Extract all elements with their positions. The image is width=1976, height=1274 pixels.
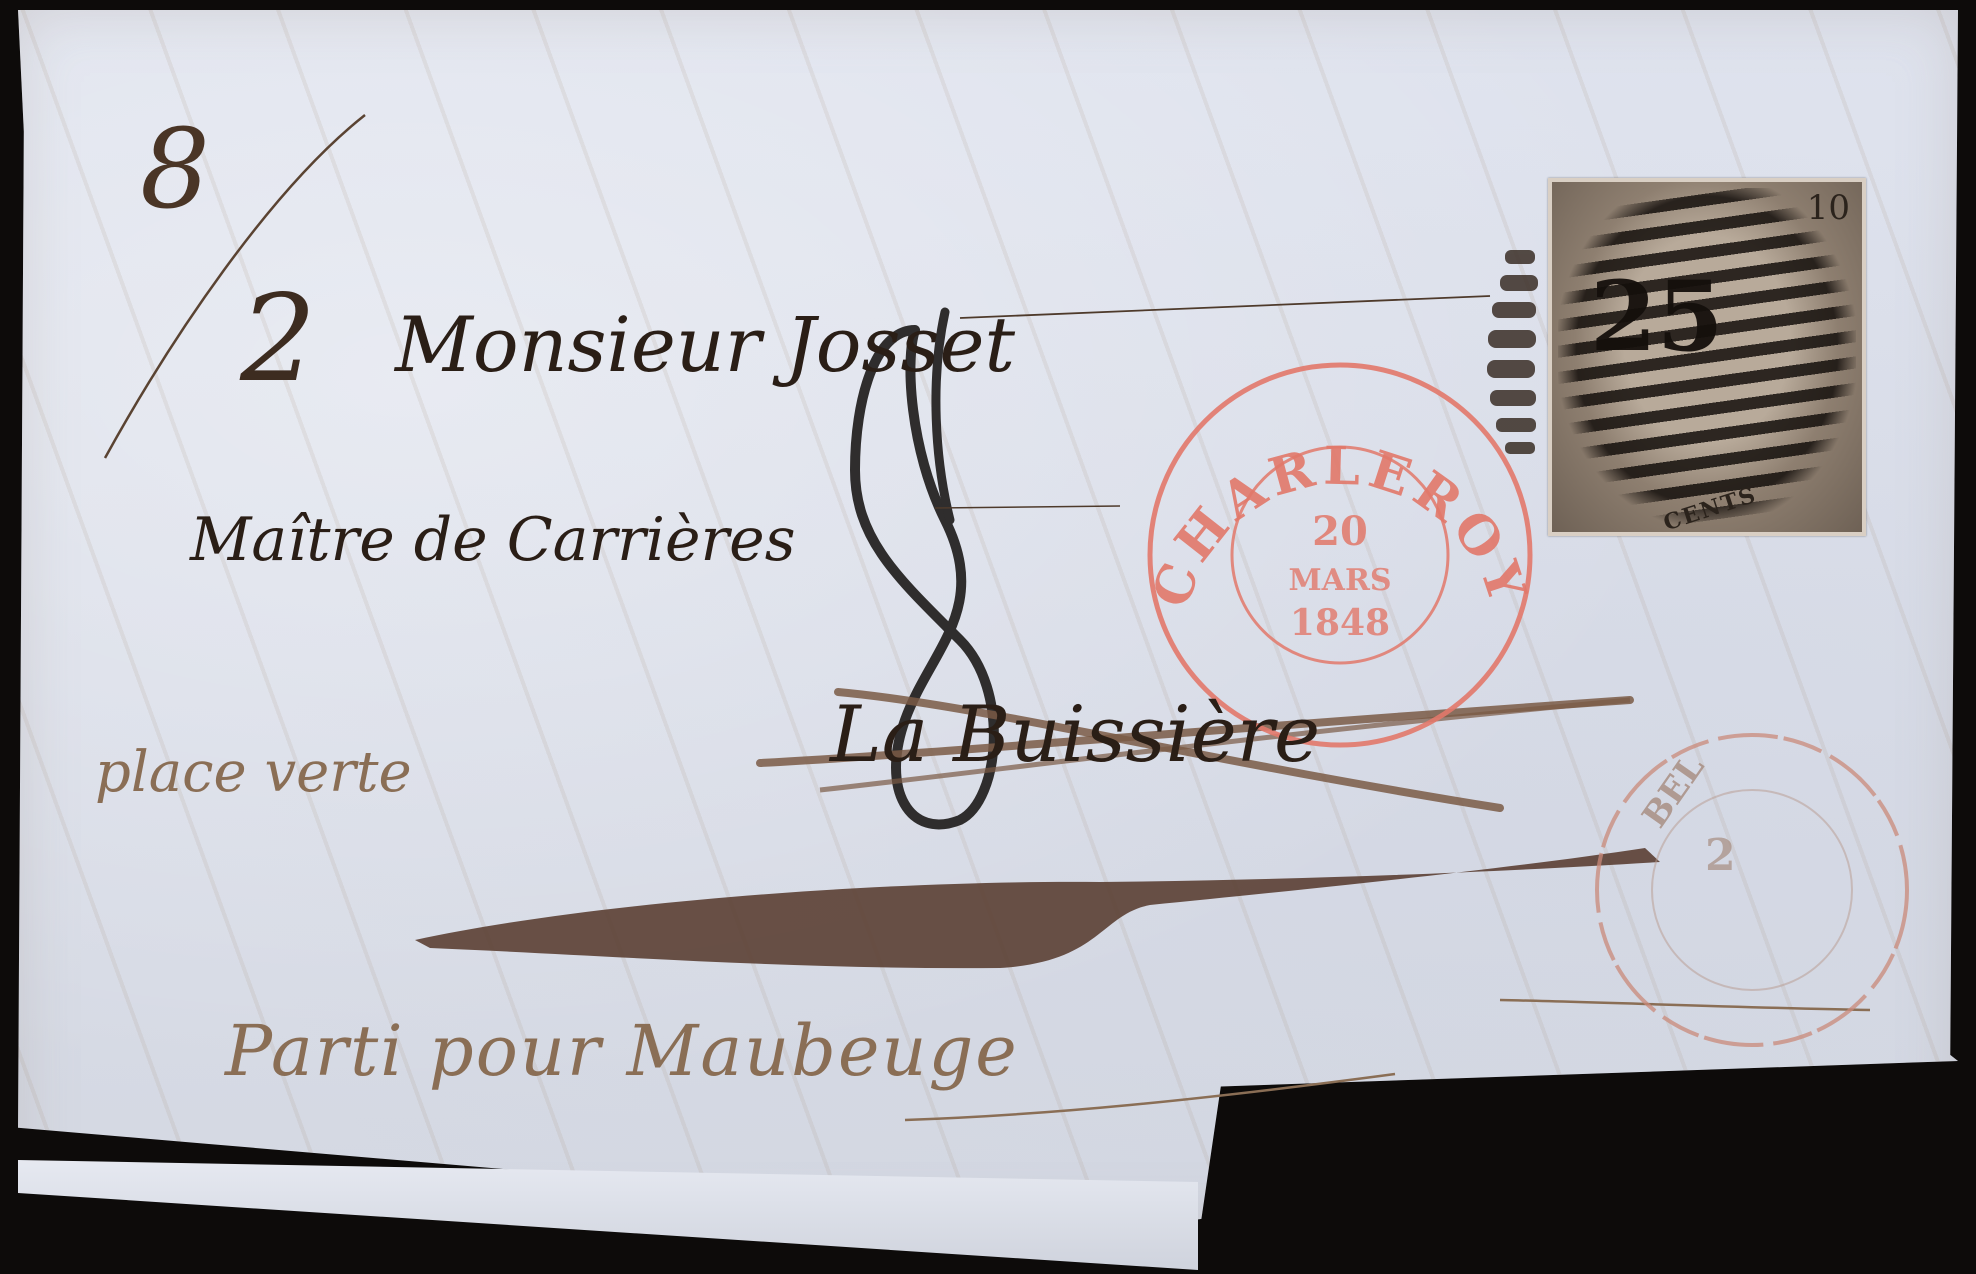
rate-notation-2: 2 [240,270,316,409]
rate-notation-8: 8 [140,105,210,233]
redirect-note: Parti pour Maubeuge [225,1010,1019,1092]
receiving-postmark: BEL 2 [1597,735,1907,1045]
svg-text:BEL: BEL [1635,748,1713,835]
svg-text:20: 20 [1312,508,1368,555]
address-line-3-struck: La Buissière [830,690,1320,780]
address-line-1: Monsieur Josset [395,300,1015,389]
svg-text:1848: 1848 [1290,602,1390,644]
side-note: place verte [95,740,412,805]
svg-text:2: 2 [1705,830,1736,881]
address-line-2: Maître de Carrières [190,505,795,575]
bar-cancel [1558,188,1856,526]
grill-cancel [1487,250,1538,454]
svg-text:MARS: MARS [1288,563,1391,598]
charleroi-postmark: CHARLEROY 20 MARS 1848 [1140,365,1539,745]
postage-stamp: 10 25 CENTS [1548,178,1866,536]
